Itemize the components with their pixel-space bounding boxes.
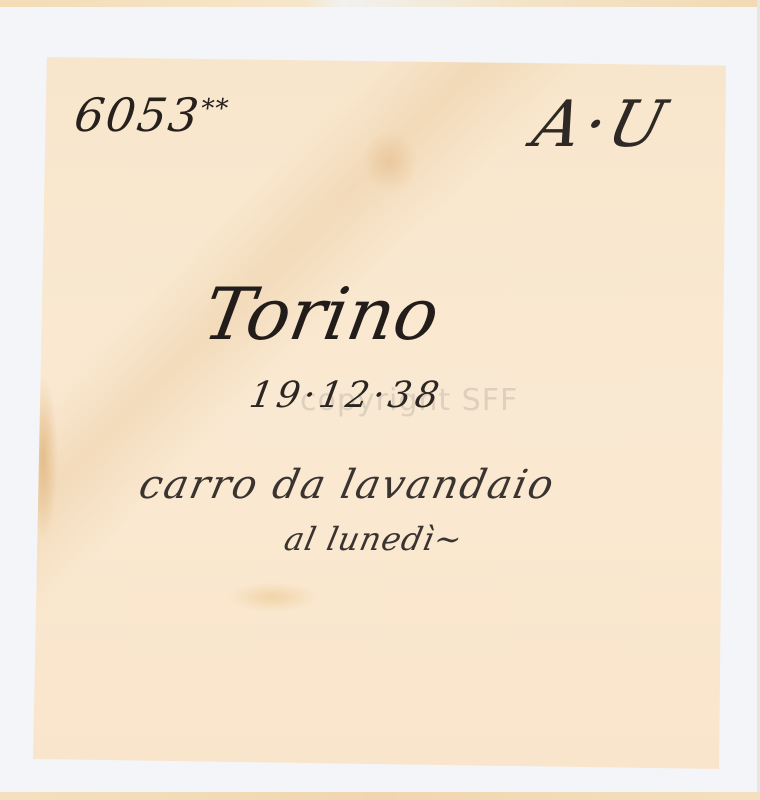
- author-initials: A·U: [526, 88, 677, 162]
- description-line-1: carro da lavandaio: [135, 462, 559, 508]
- date: 19·12·38: [246, 375, 446, 416]
- catalog-suffix: **: [199, 94, 231, 124]
- mount-strip-bottom: [0, 792, 760, 800]
- catalog-number: 6053**: [71, 88, 232, 142]
- catalog-number-value: 6053: [71, 88, 204, 142]
- mount-strip-top: [0, 0, 760, 7]
- city-name: Torino: [198, 272, 446, 356]
- description-line-2: al lunedì~: [281, 520, 466, 558]
